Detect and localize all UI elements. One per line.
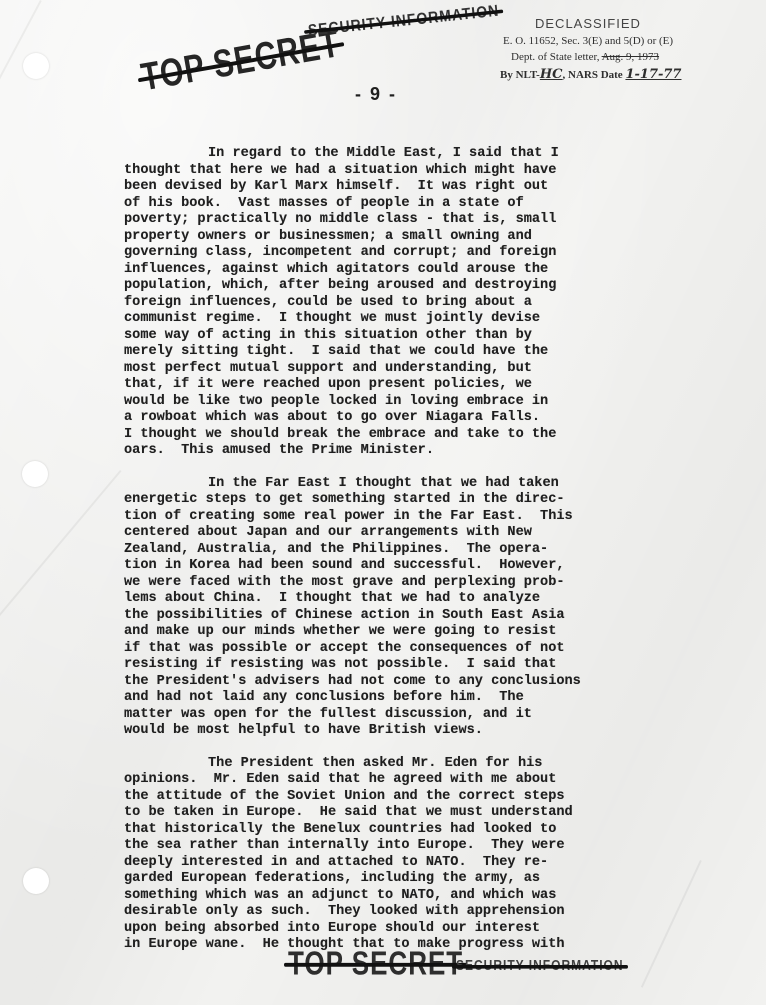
paragraph-eden-opinions: The President then asked Mr. Eden for hi… [124, 756, 684, 954]
text-line: property owners or businessmen; a small … [124, 229, 684, 246]
reviewer-initials: HC [540, 67, 563, 82]
declassification-signoff: By NLT-HC, NARS Date 1-17-77 [500, 67, 733, 82]
text-line: lems about China. I thought that we had … [124, 591, 684, 608]
text-line: to be taken in Europe. He said that we m… [124, 805, 684, 822]
paragraph-far-east: In the Far East I thought that we had ta… [124, 476, 684, 740]
text-line: that, if it were reached upon present po… [124, 377, 684, 394]
text-line: some way of acting in this situation oth… [124, 328, 684, 345]
text-line: influences, against which agitators coul… [124, 262, 684, 279]
punch-hole-middle [22, 461, 48, 487]
declassified-title: DECLASSIFIED [535, 16, 733, 31]
text-line: thought that here we had a situation whi… [124, 163, 684, 180]
text-line: that historically the Benelux countries … [124, 822, 684, 839]
scanned-document-page: TOP SECRET SECURITY INFORMATION - 9 - DE… [0, 0, 766, 1005]
text-line: In the Far East I thought that we had ta… [124, 476, 684, 493]
text-line: I thought we should break the embrace an… [124, 427, 684, 444]
text-line: a rowboat which was about to go over Nia… [124, 410, 684, 427]
top-secret-stamp-footer: TOP SECRET [288, 943, 463, 983]
text-line: the attitude of the Soviet Union and the… [124, 789, 684, 806]
text-line: centered about Japan and our arrangement… [124, 525, 684, 542]
security-information-stamp-footer: SECURITY INFORMATION [456, 957, 624, 974]
text-line: matter was open for the fullest discussi… [124, 707, 684, 724]
text-line: the possibilities of Chinese action in S… [124, 608, 684, 625]
text-line: would be most helpful to have British vi… [124, 723, 684, 740]
declassification-letter-date: Aug. 9, 1973 [602, 51, 659, 63]
paper-crease [0, 470, 122, 670]
text-line: been devised by Karl Marx himself. It wa… [124, 179, 684, 196]
text-line: and make up our minds whether we were go… [124, 624, 684, 641]
strikethrough-mark [284, 963, 467, 967]
text-line: of his book. Vast masses of people in a … [124, 196, 684, 213]
declassification-letter: Dept. of State letter, Aug. 9, 1973 [511, 51, 733, 63]
text-line: the sea rather than internally into Euro… [124, 838, 684, 855]
security-information-stamp-header: SECURITY INFORMATION [307, 1, 500, 39]
declassification-stamp: DECLASSIFIED E. O. 11652, Sec. 3(E) and … [503, 16, 733, 82]
text-line: tion of creating some real power in the … [124, 509, 684, 526]
text-line: poverty; practically no middle class - t… [124, 212, 684, 229]
page-number: - 9 - [355, 84, 397, 105]
strikethrough-mark [452, 965, 628, 969]
text-line: resisting if resisting was not possible.… [124, 657, 684, 674]
text-line: something which was an adjunct to NATO, … [124, 888, 684, 905]
punch-hole-top [23, 53, 49, 79]
paper-crease [0, 0, 42, 266]
text-line: population, which, after being aroused a… [124, 278, 684, 295]
text-line: oars. This amused the Prime Minister. [124, 443, 684, 460]
text-line: deeply interested in and attached to NAT… [124, 855, 684, 872]
punch-hole-bottom [23, 868, 49, 894]
text-line: communist regime. I thought we must join… [124, 311, 684, 328]
text-line: and had not laid any conclusions before … [124, 690, 684, 707]
memo-body: In regard to the Middle East, I said tha… [124, 146, 684, 970]
text-line: would be like two people locked in lovin… [124, 394, 684, 411]
text-line: most perfect mutual support and understa… [124, 361, 684, 378]
text-line: opinions. Mr. Eden said that he agreed w… [124, 772, 684, 789]
declassification-letter-label: Dept. of State letter, [511, 51, 602, 63]
declassification-authority: E. O. 11652, Sec. 3(E) and 5(D) or (E) [503, 35, 733, 47]
text-line: we were faced with the most grave and pe… [124, 575, 684, 592]
text-line: the President's advisers had not come to… [124, 674, 684, 691]
text-line: governing class, incompetent and corrupt… [124, 245, 684, 262]
text-line: desirable only as such. They looked with… [124, 904, 684, 921]
text-line: energetic steps to get something started… [124, 492, 684, 509]
text-line: foreign influences, could be used to bri… [124, 295, 684, 312]
text-line: merely sitting tight. I said that we cou… [124, 344, 684, 361]
text-line: garded European federations, including t… [124, 871, 684, 888]
nars-date-value: 1-17-77 [625, 67, 681, 82]
declassification-by-label: By NLT- [500, 69, 540, 81]
text-line: if that was possible or accept the conse… [124, 641, 684, 658]
text-line: upon being absorbed into Europe should o… [124, 921, 684, 938]
text-line: Zealand, Australia, and the Philippines.… [124, 542, 684, 559]
text-line: tion in Korea had been sound and success… [124, 558, 684, 575]
paragraph-middle-east: In regard to the Middle East, I said tha… [124, 146, 684, 460]
text-line: In regard to the Middle East, I said tha… [124, 146, 684, 163]
nars-date-label: , NARS Date [563, 69, 626, 81]
text-line: The President then asked Mr. Eden for hi… [124, 756, 684, 773]
